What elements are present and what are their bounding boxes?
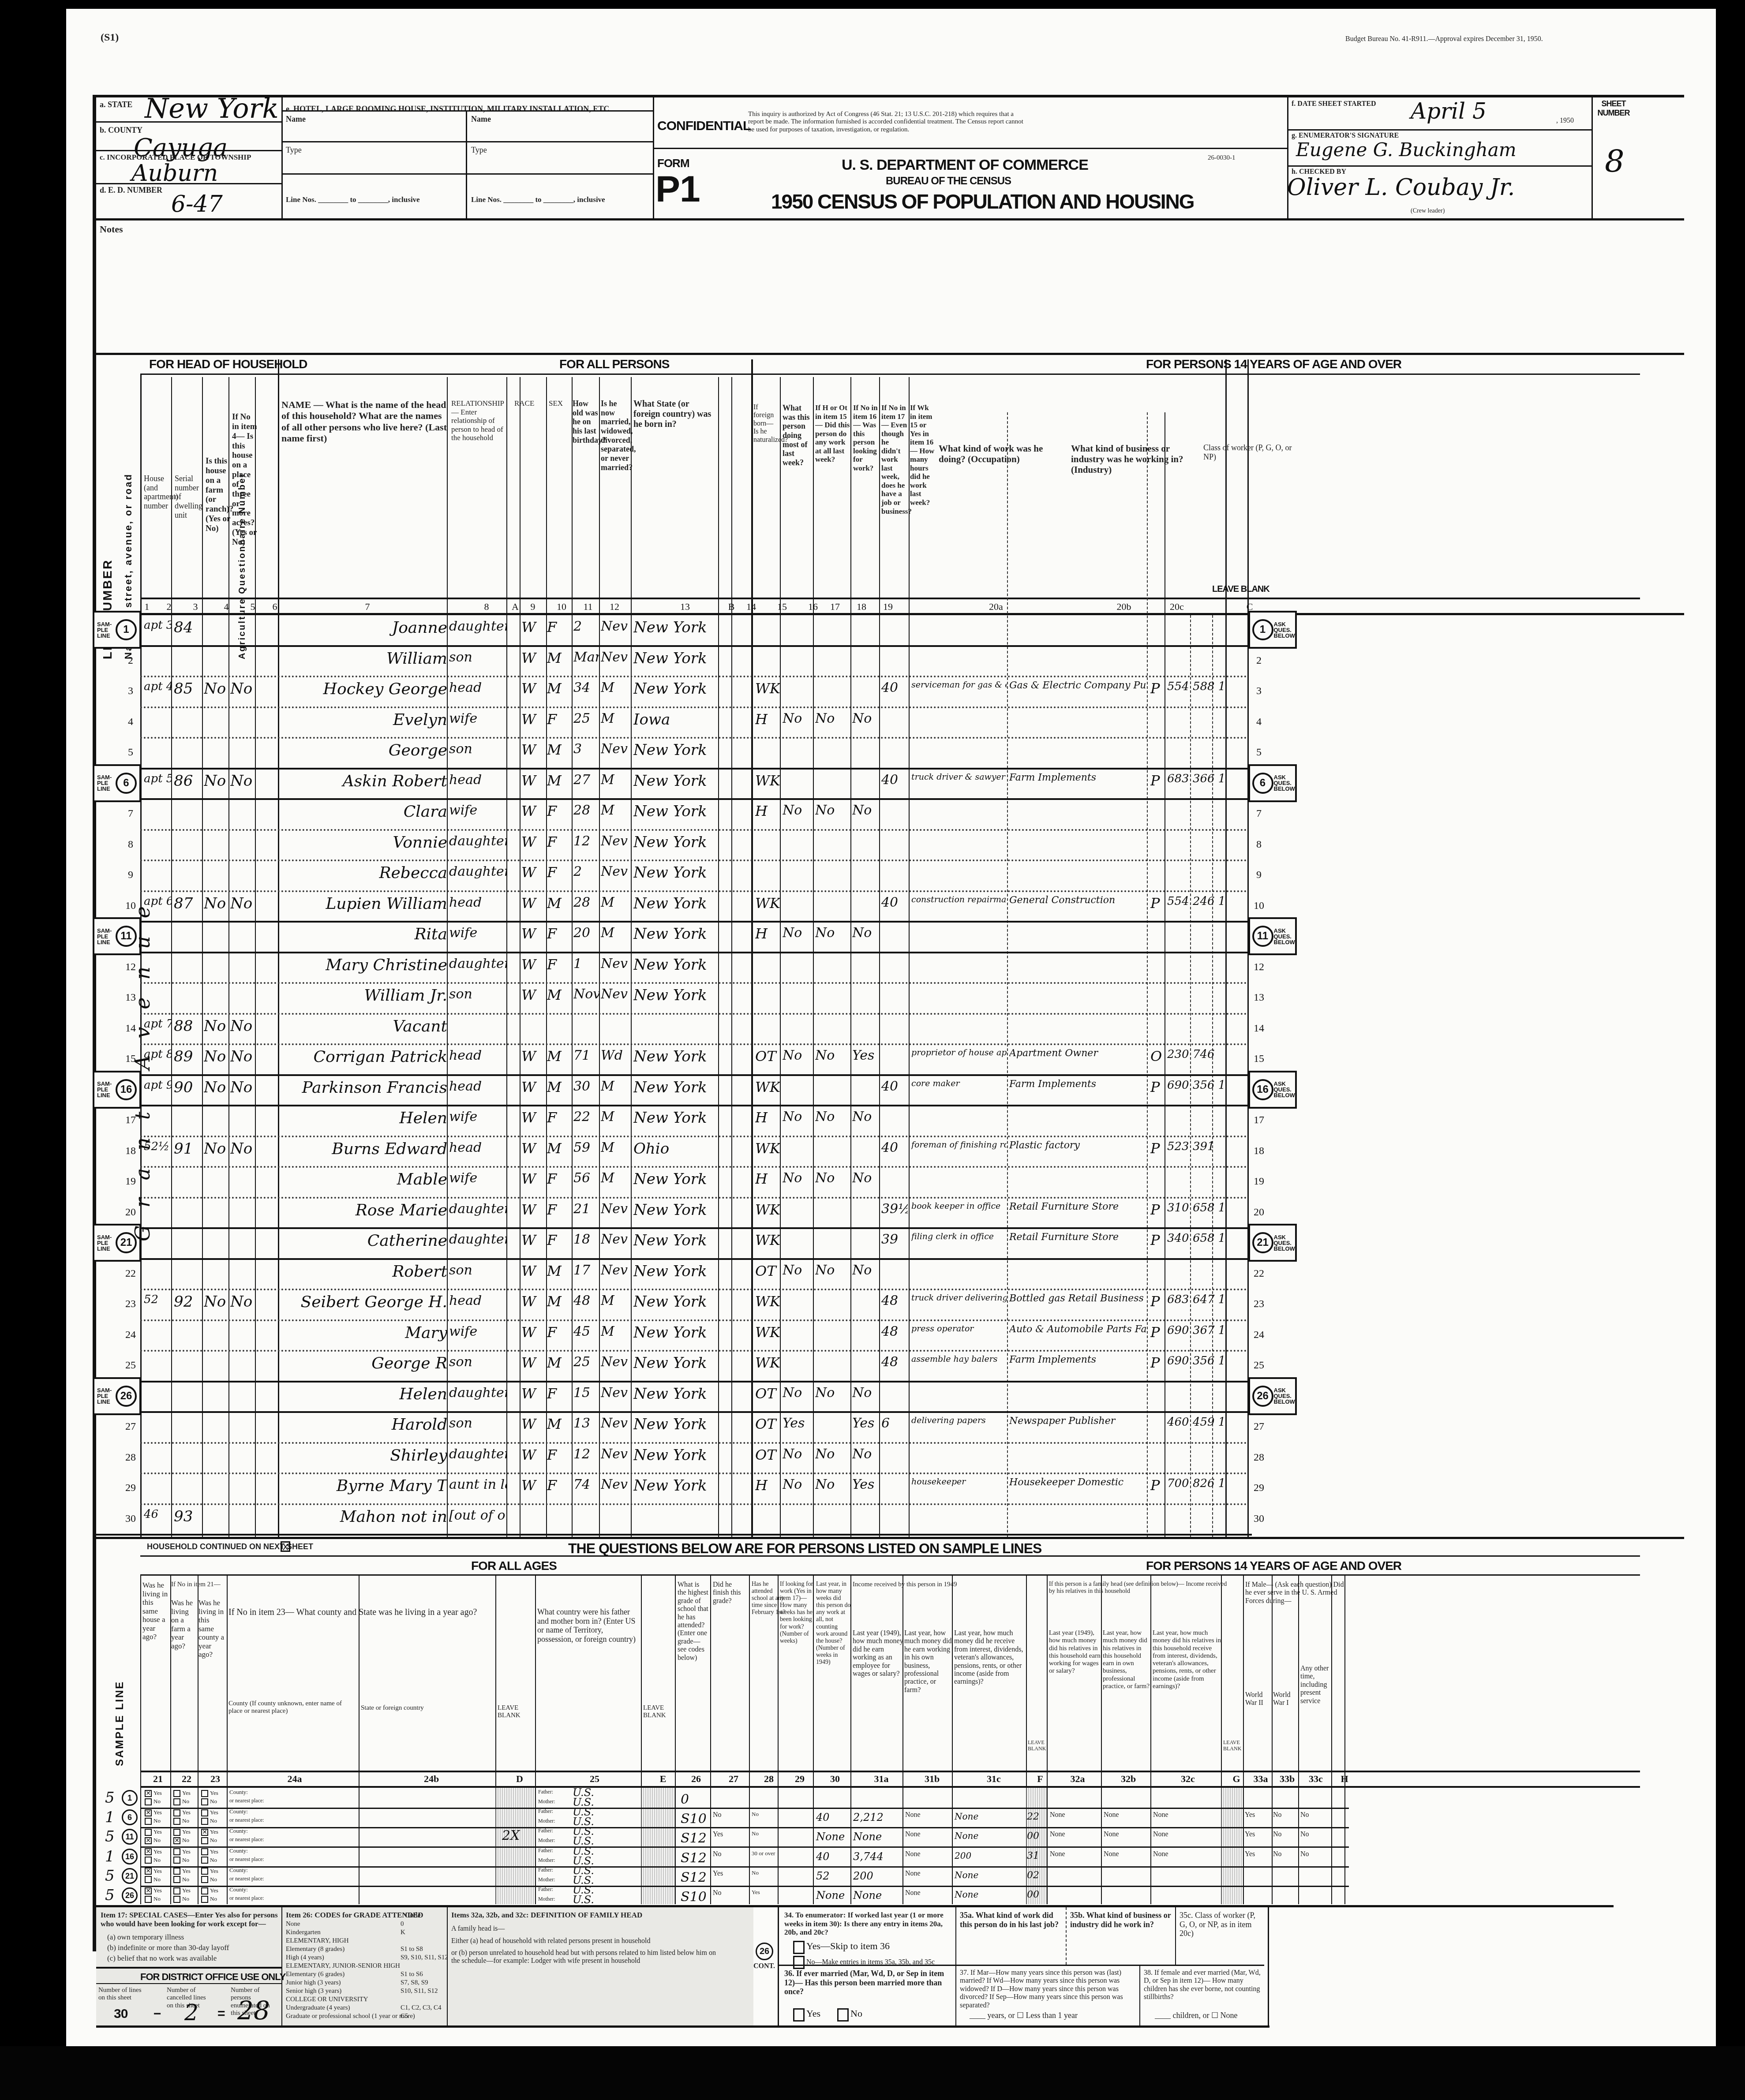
budget-bureau-note: Budget Bureau No. 41-R911.—Approval expi… [1345, 35, 1543, 43]
grade-code-value: S1 to S8 [401, 1946, 423, 1953]
cell-birthplace: New York [633, 1048, 718, 1065]
cell-class: P [1150, 1477, 1164, 1494]
cell-name: Parkinson Francis [281, 1079, 447, 1097]
cell-race: W [521, 986, 546, 1003]
cell-relationship: wife [449, 1170, 506, 1186]
sample-cell-c31b[interactable]: None [905, 1870, 921, 1878]
cell-class: P [1150, 1079, 1164, 1095]
checkbox-c23[interactable]: YesNo [201, 1789, 218, 1806]
sample-cell-grade: S12 [681, 1870, 707, 1885]
sample-cell-c31c[interactable]: None [955, 1831, 978, 1841]
cell-birthplace: New York [633, 1263, 718, 1280]
sample-cell-c31c[interactable]: None [955, 1889, 978, 1900]
grade-code-label: Kindergarten [286, 1929, 321, 1936]
cell-birthplace: New York [633, 925, 718, 943]
cell-code: 690 356 1 [1167, 1354, 1224, 1368]
margin-tally: 1 [105, 1848, 115, 1865]
line-number-right: 25 [1250, 1360, 1268, 1371]
sample-cell-c32a[interactable]: None [1050, 1831, 1065, 1838]
checkbox-c21[interactable]: ✕YesNo [145, 1848, 162, 1865]
cell-relationship: son [449, 741, 506, 757]
sample-cell-c31c[interactable]: None [955, 1811, 978, 1822]
cell-age: 18 [573, 1232, 599, 1247]
cell-hours: 39½ [881, 1201, 908, 1217]
sample-line-circle: 26 [122, 1887, 138, 1903]
grade-code-label: Undergraduate (4 years) [286, 2004, 350, 2012]
cell-looking: No [815, 1109, 850, 1125]
cell-code: 230 746 [1167, 1048, 1224, 1061]
sample-col-number: 29 [791, 1773, 809, 1785]
checkbox-c21[interactable]: ✕YesNo [145, 1887, 162, 1903]
cell-farm: No [204, 895, 229, 912]
cell-name: Evelyn [281, 711, 447, 729]
date-value: April 5 [1411, 98, 1487, 124]
cell-relationship: daughter [449, 1385, 506, 1401]
checkbox-c23[interactable]: YesNo [201, 1887, 218, 1903]
cell-name: Helen [281, 1385, 447, 1403]
checkbox-c22[interactable]: YesNo [173, 1789, 191, 1806]
nearest-place-field[interactable]: or nearest place: [229, 1895, 264, 1902]
sample-cell-c31c[interactable]: None [955, 1870, 978, 1880]
cell-sex: M [547, 741, 572, 758]
sample-cell-cF: 31 [1027, 1850, 1039, 1861]
sample-cell-c31a[interactable]: 2,212 [853, 1811, 884, 1823]
county-field[interactable]: County: [229, 1887, 248, 1893]
sample-col-number: F [1031, 1773, 1049, 1785]
cell-race: W [521, 1354, 546, 1371]
cell-code: 690 356 1 [1167, 1079, 1224, 1092]
cell-relationship: head [449, 1048, 506, 1063]
sample-cell-c30[interactable]: None [816, 1889, 845, 1902]
sample-col-number: 32c [1179, 1773, 1197, 1785]
sample-cell-c32b[interactable]: None [1104, 1850, 1119, 1858]
cell-sex: F [547, 833, 572, 850]
sample-cell-c31b[interactable]: None [905, 1889, 921, 1897]
cell-relationship: daughter [449, 1446, 506, 1462]
cell-name: William Jr. [281, 986, 447, 1005]
cell-name: Vacant [281, 1017, 447, 1035]
cell-hours: 40 [881, 772, 908, 788]
line-number-right: 12 [1250, 961, 1268, 973]
line-number-right: 13 [1250, 992, 1268, 1004]
county-field[interactable]: County: [229, 1867, 248, 1874]
cell-name: Clara [281, 803, 447, 821]
sample-cell-c33c[interactable]: No [1300, 1811, 1309, 1819]
sample-cell-attended[interactable]: No [752, 1811, 759, 1818]
sample-col-number: 22 [178, 1773, 195, 1785]
sample-header-c32a: Last year (1949), how much money did his… [1049, 1629, 1102, 1675]
sample-cell-finish[interactable]: No [713, 1889, 722, 1897]
cell-marital: Nev [601, 986, 631, 1002]
cell-birthplace: New York [633, 895, 718, 912]
cell-relationship: wife [449, 803, 506, 818]
cell-activity: H [755, 1170, 780, 1187]
checkbox-c22[interactable]: YesNo [173, 1848, 191, 1865]
sample-cell-finish[interactable]: Yes [713, 1831, 723, 1838]
line-number-right: 17 [1250, 1114, 1268, 1126]
cell-age: 74 [573, 1477, 599, 1492]
cell-name: Joanne [281, 619, 447, 637]
bureau-title: BUREAU OF THE CENSUS [886, 175, 1011, 187]
sample-cell-finish[interactable]: No [713, 1850, 722, 1858]
cell-age: 25 [573, 1354, 599, 1370]
cell-looking: No [815, 1048, 850, 1063]
sample-cell-cF: 22 [1027, 1811, 1039, 1822]
sample-cell-c32c[interactable]: None [1153, 1850, 1168, 1858]
grade-code-label: Graduate or professional school (1 year … [286, 2013, 415, 2020]
nearest-place-field[interactable]: or nearest place: [229, 1857, 264, 1863]
grade-code-label: None [286, 1921, 300, 1928]
cell-birthplace: Iowa [633, 711, 718, 729]
cell-job: No [852, 1170, 879, 1186]
q35b-text: 35b. What kind of business or industry d… [1070, 1911, 1172, 1929]
line-number-right: 23 [1250, 1298, 1268, 1310]
cell-marital: Wd [601, 1048, 631, 1063]
cell-age: Nov. [573, 986, 599, 1002]
lines-on-sheet-value: 30 [114, 2007, 127, 2022]
line-nos-2: Line Nos. ________ to ________, inclusiv… [471, 195, 605, 204]
cell-race: W [521, 1140, 546, 1157]
checkbox-c22[interactable]: Yes✕No [173, 1828, 191, 1845]
sample-header-c24b: State or foreign country [361, 1704, 493, 1712]
cell-name: William [281, 650, 447, 668]
margin-tally: 5 [105, 1828, 115, 1846]
cell-birthplace: New York [633, 956, 718, 974]
for-14-over-label: FOR PERSONS 14 YEARS OF AGE AND OVER [1146, 1559, 1401, 1573]
checkbox-c22[interactable]: YesNo [173, 1867, 191, 1884]
sample-cell-attended[interactable]: Yes [752, 1889, 760, 1896]
cell-sex: M [547, 680, 572, 697]
q34-text: 34. To enumerator: If worked last year (… [784, 1911, 952, 1937]
enumerator-signature: Eugene G. Buckingham [1296, 139, 1517, 161]
persons-enumerated-value: 28 [237, 1995, 270, 2025]
cell-marital: Nev [601, 1263, 631, 1278]
sample-cell-c30[interactable]: 40 [816, 1811, 830, 1823]
cell-activity: H [755, 1109, 780, 1126]
q34-yes[interactable]: Yes—Skip to item 36 [793, 1940, 890, 1954]
cell-race: W [521, 1416, 546, 1432]
line-number-right: 29 [1250, 1482, 1268, 1494]
cell-occupation: filing clerk in office [911, 1232, 1007, 1241]
confidential-text: This inquiry is authorized by Act of Con… [748, 111, 1030, 134]
hotel-label: e. HOTEL, LARGE ROOMING HOUSE, INSTITUTI… [286, 105, 611, 114]
cell-sex: M [547, 1048, 572, 1065]
checkbox-c21[interactable]: ✕YesNo [145, 1867, 162, 1884]
sample-header-c29: If looking for work (Yes in item 17)— Ho… [780, 1581, 815, 1645]
sample-cell-grade: 0 [681, 1792, 689, 1807]
cell-occupation: construction repairman [911, 895, 1007, 904]
cell-race: W [521, 711, 546, 728]
sample-cell-c32c[interactable]: None [1153, 1831, 1168, 1838]
cell-race: W [521, 803, 546, 819]
cell-occupation: housekeeper [911, 1477, 1007, 1487]
cell-race: W [521, 925, 546, 942]
checkbox-c23[interactable]: YesNo [201, 1867, 218, 1884]
sample-cell-c31a[interactable]: None [853, 1889, 882, 1902]
sample-cell-grade: S10 [681, 1889, 707, 1905]
checkbox-c21[interactable]: ✕YesNo [145, 1789, 162, 1806]
grade-code-value: C1, C2, C3, C4 [401, 2004, 442, 2012]
household-continued-checkbox[interactable]: X [281, 1541, 292, 1552]
line-number-right: 22 [1250, 1268, 1268, 1280]
cell-relationship: head [449, 1293, 506, 1308]
cell-relationship: [out of order] see Sheet 9 Line 30 [449, 1508, 506, 1523]
county-field[interactable]: County: [229, 1828, 248, 1835]
form-body: a. STATE New York b. COUNTY Cayuga c. IN… [93, 95, 1681, 1951]
cell-birthplace: Ohio [633, 1140, 718, 1158]
cell-marital: Nev [601, 833, 631, 849]
cell-name: Rita [281, 925, 447, 943]
cell-birthplace: New York [633, 864, 718, 882]
cell-acres: No [230, 1140, 255, 1158]
sample-cell-c33c[interactable]: No [1300, 1850, 1309, 1858]
nearest-place-field[interactable]: or nearest place: [229, 1798, 264, 1804]
cell-farm: No [204, 1048, 229, 1065]
line-number-right: 20 [1250, 1207, 1268, 1218]
cell-race: W [521, 1048, 546, 1065]
checkbox-c22[interactable]: YesNo [173, 1887, 191, 1903]
margin-tally: 5 [105, 1789, 115, 1807]
cell-relationship: daughter [449, 1232, 506, 1247]
sample-cell-c30[interactable]: 52 [816, 1870, 830, 1882]
line-number-right: 14 [1250, 1023, 1268, 1035]
sample-cell-c33b[interactable]: No [1273, 1831, 1282, 1838]
nearest-place-field[interactable]: or nearest place: [229, 1817, 264, 1823]
cell-marital: Nev [601, 741, 631, 757]
cell-marital: Nev [601, 864, 631, 879]
cell-job: Yes [852, 1048, 879, 1063]
sample-cell-c31a[interactable]: None [853, 1831, 882, 1843]
sample-header-c27: Did he finish this grade? [713, 1581, 748, 1605]
cell-race: W [521, 772, 546, 789]
sample-cell-c32b[interactable]: None [1104, 1831, 1119, 1838]
cell-looking: No [815, 803, 850, 818]
cell-name: Mary Christine [281, 956, 447, 974]
cell-sex: M [547, 1079, 572, 1095]
checkbox-c23[interactable]: ✕YesNo [201, 1828, 218, 1845]
sample-cell-c33c[interactable]: No [1300, 1831, 1309, 1838]
sample-cell-c31b[interactable]: None [905, 1850, 921, 1858]
sample-cell-c31a[interactable]: 200 [853, 1870, 873, 1882]
cell-name: Hockey George [281, 680, 447, 698]
line-number: 29 [122, 1482, 139, 1494]
sample-cell-c33a[interactable]: Yes [1245, 1811, 1255, 1819]
cell-activity: OT [755, 1385, 780, 1402]
line-number-right: 30 [1250, 1513, 1268, 1525]
hotel-type-label-1: Type [286, 146, 302, 155]
cell-industry: Bottled gas Retail Business [1009, 1293, 1146, 1304]
sample-cell-finish[interactable]: Yes [713, 1870, 723, 1878]
cell-occupation: assemble hay balers [911, 1354, 1007, 1364]
cell-acres: No [230, 895, 255, 912]
checkbox-c23[interactable]: YesNo [201, 1848, 218, 1865]
sample-header-c21: Was he living in this same house a year … [142, 1581, 169, 1641]
cell-code: 340 658 1 [1167, 1232, 1224, 1245]
cell-name: George [281, 741, 447, 759]
q37-text: 37. If Mar—How many years since this per… [960, 1969, 1136, 2010]
ed-number-value: 6-47 [171, 191, 223, 217]
special-cases-title: Item 17: SPECIAL CASES—Enter Yes also fo… [101, 1911, 281, 1928]
sample-cell-cF: 00 [1027, 1831, 1039, 1842]
cell-work: No [783, 1385, 813, 1401]
census-title: 1950 CENSUS OF POPULATION AND HOUSING [771, 190, 1194, 213]
sample-cell-c30[interactable]: 40 [816, 1850, 830, 1863]
ask-questions-badge: 11ASK QUES. BELOW [1248, 917, 1297, 955]
cell-code: 523 391 [1167, 1140, 1224, 1153]
sample-col-number: 31c [985, 1773, 1003, 1785]
sample-header-c32_group: If this person is a family head (see def… [1049, 1581, 1234, 1595]
line-number-right: 24 [1250, 1329, 1268, 1341]
cell-activity: WK [755, 1201, 780, 1218]
sample-cell-c33a[interactable]: Yes [1245, 1850, 1255, 1858]
cell-job: Yes [852, 1477, 879, 1492]
cell-work: Yes [783, 1416, 813, 1431]
sample-cell-grade: S12 [681, 1850, 707, 1866]
cell-race: W [521, 864, 546, 881]
sample-cell-c32c[interactable]: None [1153, 1811, 1168, 1819]
cell-age: 28 [573, 803, 599, 818]
cell-relationship: daughter [449, 956, 506, 972]
county-field[interactable]: County: [229, 1809, 248, 1815]
cell-hours: 40 [881, 1079, 908, 1094]
checkbox-c21[interactable]: Yes✕No [145, 1828, 162, 1845]
line-number-right: 7 [1250, 808, 1268, 820]
cell-birthplace: New York [633, 1079, 718, 1096]
grade-code-label: High (4 years) [286, 1954, 324, 1962]
cell-name: Harold [281, 1416, 447, 1434]
cell-race: W [521, 1446, 546, 1463]
sample-cell-finish[interactable]: No [713, 1811, 722, 1819]
q37-answer[interactable]: ____ years, or ☐ Less than 1 year [970, 2011, 1078, 2020]
cell-occupation: core maker [911, 1079, 1007, 1088]
cell-age: 45 [573, 1324, 599, 1339]
sample-cell-c32b[interactable]: None [1104, 1811, 1119, 1819]
cell-race: W [521, 1324, 546, 1341]
sample-cell-c31b[interactable]: None [905, 1811, 921, 1819]
cell-relationship: wife [449, 1109, 506, 1125]
cell-work: No [783, 1170, 813, 1186]
line-number-right: 5 [1250, 747, 1268, 759]
cell-age: 34 [573, 680, 599, 695]
cell-code: 310 658 1 [1167, 1201, 1224, 1214]
sheet-number-label: SHEET NUMBER [1596, 99, 1631, 118]
line-number-right: 19 [1250, 1176, 1268, 1188]
cell-job: No [852, 1446, 879, 1462]
q36-no[interactable]: No [837, 2008, 862, 2022]
cell-birthplace: New York [633, 1385, 718, 1403]
cell-industry: Retail Furniture Store [1009, 1232, 1146, 1243]
cell-name: Seibert George H. [281, 1293, 447, 1311]
cell-occupation: delivering papers [911, 1416, 1007, 1425]
sample-col-number: 26 [687, 1773, 705, 1785]
cell-activity: OT [755, 1416, 780, 1432]
section-14-over: FOR PERSONS 14 YEARS OF AGE AND OVER [1146, 357, 1401, 371]
sample-cell-c33b[interactable]: No [1273, 1811, 1282, 1819]
sample-cell-c32a[interactable]: None [1050, 1850, 1065, 1858]
cell-job: No [852, 1263, 879, 1278]
scan-edge [0, 2046, 1745, 2100]
cell-industry: Gas & Electric Company Public Utility [1009, 680, 1146, 691]
grade-code-value: S7, S8, S9 [401, 1979, 428, 1987]
cell-sex: F [547, 956, 572, 973]
sample-col-number: 33c [1307, 1773, 1325, 1785]
sample-cell-attended[interactable]: No [752, 1831, 759, 1837]
sample-line-circle: 1 [122, 1790, 138, 1806]
sample-cell-c31b[interactable]: None [905, 1831, 921, 1838]
cell-race: W [521, 895, 546, 912]
checkbox-c22[interactable]: YesNo [173, 1809, 191, 1825]
sample-col-number: 24a [286, 1773, 303, 1785]
nearest-place-field[interactable]: or nearest place: [229, 1876, 264, 1882]
cell-relationship: head [449, 1140, 506, 1155]
cell-work: No [783, 1446, 813, 1462]
county-field[interactable]: County: [229, 1848, 248, 1854]
cell-age: 30 [573, 1079, 599, 1094]
cell-age: 22 [573, 1109, 599, 1125]
cell-marital: Nev [601, 1232, 631, 1247]
cell-marital: Nev [601, 956, 631, 972]
line-number-right: 3 [1250, 685, 1268, 697]
ask-questions-badge: 16ASK QUES. BELOW [1248, 1071, 1297, 1109]
date-label: f. DATE SHEET STARTED [1292, 100, 1376, 108]
sample-cell-c30[interactable]: None [816, 1831, 845, 1843]
sample-cell-c32a[interactable]: None [1050, 1811, 1065, 1819]
cell-farm: No [204, 1079, 229, 1096]
q34-no[interactable]: No—Make entries in items 35a, 35b, and 3… [793, 1956, 935, 1969]
cell-industry: Farm Implements [1009, 772, 1146, 783]
cell-marital: M [601, 925, 631, 941]
sample-col-number: 28 [760, 1773, 778, 1785]
cell-relationship: daughter [449, 1201, 506, 1217]
q38-answer[interactable]: ____ children, or ☐ None [1155, 2011, 1238, 2020]
cell-sex: F [547, 864, 572, 881]
cell-acres: No [230, 1017, 255, 1035]
cell-relationship: daughter [449, 619, 506, 634]
sample-cell-c33a[interactable]: Yes [1245, 1831, 1255, 1838]
line-number-right: 4 [1250, 716, 1268, 728]
cell-marital: M [601, 772, 631, 788]
cell-age: 56 [573, 1170, 599, 1186]
section-all-persons: FOR ALL PERSONS [559, 357, 669, 371]
county-field[interactable]: County: [229, 1789, 248, 1796]
cell-farm: No [204, 1017, 229, 1035]
sample-cell-c31a[interactable]: 3,744 [853, 1850, 884, 1863]
cell-race: W [521, 650, 546, 666]
cell-race: W [521, 833, 546, 850]
sample-cell-attended[interactable]: No [752, 1870, 759, 1876]
cell-acres: No [230, 772, 255, 790]
cell-name: Mahon not in [281, 1508, 447, 1526]
grade-codes-title: Item 26: CODES for GRADE ATTENDED [286, 1911, 423, 1920]
form-code: (S1) [101, 32, 119, 44]
sample-cell-attended[interactable]: 30 or over [752, 1850, 775, 1857]
checkbox-c23[interactable]: YesNo [201, 1809, 218, 1825]
checkbox-c21[interactable]: ✕YesNo [145, 1809, 162, 1825]
grade-code-label: COLLEGE OR UNIVERSITY [286, 1996, 368, 2003]
grade-code-label: Junior high (3 years) [286, 1979, 341, 1987]
q36-text: 36. If ever married (Mar, Wd, D, or Sep … [784, 1969, 952, 1996]
nearest-place-field[interactable]: or nearest place: [229, 1837, 264, 1843]
q36-yes[interactable]: Yes [793, 2008, 820, 2022]
sample-header-cE: LEAVE BLANK [643, 1704, 674, 1720]
cell-sex: F [547, 1170, 572, 1187]
cell-race: W [521, 1232, 546, 1248]
sample-cell-c33b[interactable]: No [1273, 1850, 1282, 1858]
form-id: P1 [655, 168, 700, 210]
cell-sex: M [547, 772, 572, 789]
cell-relationship: daughter [449, 833, 506, 849]
sample-cell-c31c[interactable]: 200 [955, 1850, 971, 1861]
